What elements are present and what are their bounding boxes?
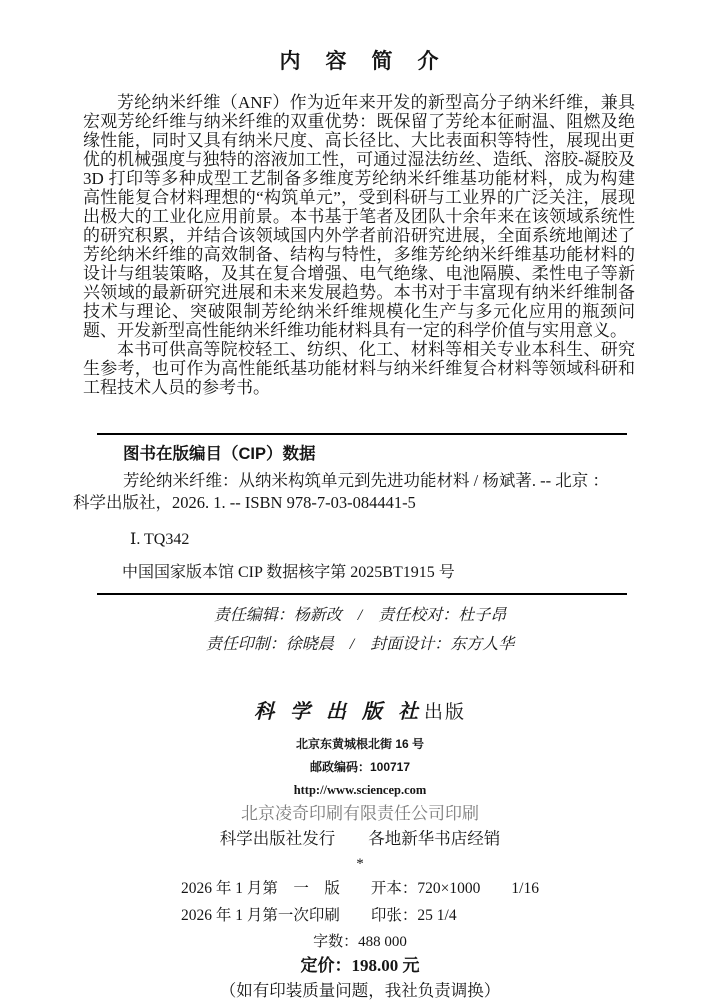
cip-record-line-2: 科学出版社，2026. 1. -- ISBN 978-7-03-084441-5 <box>73 492 660 514</box>
staff-credits: 责任编辑：杨新改 / 责任校对：杜子昂 责任印制：徐晓晨 / 封面设计：东方人华 <box>0 601 720 659</box>
price: 定价：198.00 元 <box>0 956 720 976</box>
divider-bottom <box>97 593 627 595</box>
summary-paragraph-2: 本书可供高等院校轻工、纺织、化工、材料等相关专业本科生、研究生参考，也可作为高性… <box>83 340 635 397</box>
cip-heading: 图书在版编目（CIP）数据 <box>123 444 720 464</box>
printer-name: 北京凌奇印刷有限责任公司印刷 <box>0 804 720 824</box>
cip-record-line-1: 芳纶纳米纤维：从纳米构筑单元到先进功能材料 / 杨斌著. -- 北京 ： <box>73 470 660 492</box>
credits-print-design-line: 责任印制：徐晓晨 / 封面设计：东方人华 <box>0 630 720 659</box>
credits-editors-line: 责任编辑：杨新改 / 责任校对：杜子昂 <box>0 601 720 630</box>
cip-classification-code: Ⅰ. TQ342 <box>130 531 720 549</box>
publisher-website: http://www.sciencep.com <box>0 783 720 798</box>
publisher-logo-suffix: 出版 <box>424 702 466 723</box>
divider-top <box>97 433 627 435</box>
cip-record: 芳纶纳米纤维：从纳米构筑单元到先进功能材料 / 杨斌著. -- 北京 ： 科学出… <box>73 470 660 514</box>
distribution-line: 科学出版社发行 各地新华书店经销 <box>0 829 720 849</box>
summary-paragraph-1: 芳纶纳米纤维（ANF）作为近年来开发的新型高分子纳米纤维，兼具宏观芳纶纤维与纳米… <box>83 93 635 340</box>
copyright-page: 内 容 简 介 芳纶纳米纤维（ANF）作为近年来开发的新型高分子纳米纤维，兼具宏… <box>0 0 720 1000</box>
publisher-postcode: 邮政编码：100717 <box>0 760 720 774</box>
publisher-logo-text: 科 学 出 版 社 <box>254 701 419 723</box>
separator-star: * <box>0 856 720 872</box>
edition-line: 2026 年 1 月第 一 版 开本：720×1000 1/16 <box>181 875 539 902</box>
cip-verification-number: 中国国家版本馆 CIP 数据核字第 2025BT1915 号 <box>122 564 720 582</box>
word-count: 字数：488 000 <box>0 933 720 951</box>
publisher-logo-line: 科 学 出 版 社出版 <box>0 701 720 725</box>
publisher-address: 北京东黄城根北街 16 号 <box>0 737 720 751</box>
exchange-note: （如有印装质量问题，我社负责调换） <box>0 981 720 1000</box>
print-run-info: 2026 年 1 月第 一 版 开本：720×1000 1/16 2026 年 … <box>0 875 720 929</box>
book-summary: 芳纶纳米纤维（ANF）作为近年来开发的新型高分子纳米纤维，兼具宏观芳纶纤维与纳米… <box>83 93 635 397</box>
page-title: 内 容 简 介 <box>0 50 720 74</box>
print-run-block: 2026 年 1 月第 一 版 开本：720×1000 1/16 2026 年 … <box>181 875 539 929</box>
impression-line: 2026 年 1 月第一次印刷 印张：25 1/4 <box>181 902 539 929</box>
